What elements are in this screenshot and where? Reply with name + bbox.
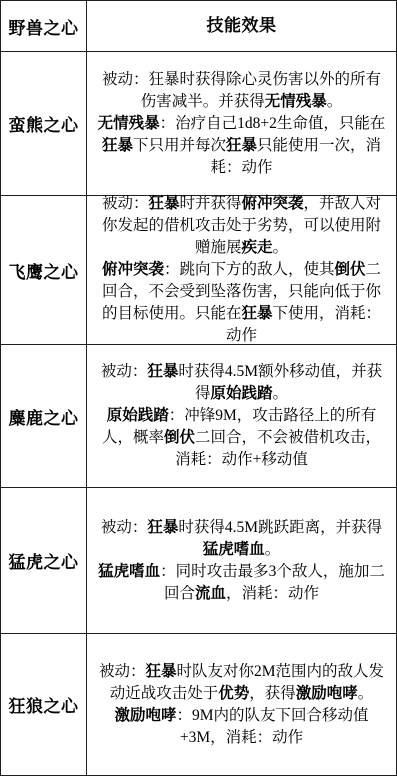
beast-heart-name: 狂狼之心 — [1, 634, 87, 775]
beast-heart-skill-table: 野兽之心 技能效果 蛮熊之心被动：狂暴时获得除心灵伤害以外的所有伤害减半。并获得… — [0, 0, 397, 776]
table-row: 麋鹿之心被动：狂暴时获得4.5M额外移动值，并获得原始践踏。原始践踏：冲锋9M，… — [1, 345, 396, 488]
table-header-row: 野兽之心 技能效果 — [1, 1, 396, 52]
header-beast-heart: 野兽之心 — [1, 1, 87, 51]
beast-heart-name: 飞鹰之心 — [1, 196, 87, 344]
skill-effect-text: 被动：狂暴时获得4.5M跳跃距离，并获得猛虎嗜血。猛虎嗜血：同时攻击最多3个敌人… — [87, 488, 396, 633]
table-row: 猛虎之心被动：狂暴时获得4.5M跳跃距离，并获得猛虎嗜血。猛虎嗜血：同时攻击最多… — [1, 488, 396, 634]
skill-effect-text: 被动：狂暴时获得除心灵伤害以外的所有伤害减半。并获得无情残暴。无情残暴：治疗自己… — [87, 52, 396, 195]
header-skill-effect: 技能效果 — [87, 1, 396, 51]
skill-effect-paragraph: 被动：狂暴时获得4.5M额外移动值，并获得原始践踏。 — [95, 361, 388, 405]
table-row: 飞鹰之心被动：狂暴时并获得俯冲突袭，并敌人对你发起的借机攻击处于劣势，可以使用附… — [1, 196, 396, 345]
skill-effect-text: 被动：狂暴时队友对你2M范围内的敌人发动近战攻击处于优势，获得激励咆哮。激励咆哮… — [87, 634, 396, 775]
table-row: 蛮熊之心被动：狂暴时获得除心灵伤害以外的所有伤害减半。并获得无情残暴。无情残暴：… — [1, 52, 396, 196]
skill-effect-paragraph: 被动：狂暴时获得除心灵伤害以外的所有伤害减半。并获得无情残暴。 — [95, 69, 388, 113]
skill-effect-paragraph: 被动：狂暴时并获得俯冲突袭，并敌人对你发起的借机攻击处于劣势，可以使用附赠施展疾… — [95, 193, 388, 259]
beast-heart-name: 猛虎之心 — [1, 488, 87, 633]
table-row: 狂狼之心被动：狂暴时队友对你2M范围内的敌人发动近战攻击处于优势，获得激励咆哮。… — [1, 634, 396, 775]
skill-effect-paragraph: 俯冲突袭：跳向下方的敌人，使其倒伏二回合，不会受到坠落伤害，只能向低于你的目标使… — [95, 259, 388, 347]
skill-effect-text: 被动：狂暴时并获得俯冲突袭，并敌人对你发起的借机攻击处于劣势，可以使用附赠施展疾… — [87, 196, 396, 344]
skill-effect-paragraph: 原始践踏：冲锋9M，攻击路径上的所有人，概率倒伏二回合，不会被借机攻击，消耗：动… — [95, 405, 388, 471]
skill-effect-paragraph: 猛虎嗜血：同时攻击最多3个敌人，施加二回合流血，消耗：动作 — [95, 561, 388, 605]
beast-heart-name: 麋鹿之心 — [1, 345, 87, 487]
skill-effect-paragraph: 被动：狂暴时队友对你2M范围内的敌人发动近战攻击处于优势，获得激励咆哮。 — [95, 661, 388, 705]
skill-effect-paragraph: 激励咆哮：9M内的队友下回合移动值+3M，消耗：动作 — [95, 705, 388, 749]
beast-heart-name: 蛮熊之心 — [1, 52, 87, 195]
skill-effect-paragraph: 被动：狂暴时获得4.5M跳跃距离，并获得猛虎嗜血。 — [95, 517, 388, 561]
skill-effect-text: 被动：狂暴时获得4.5M额外移动值，并获得原始践踏。原始践踏：冲锋9M，攻击路径… — [87, 345, 396, 487]
skill-effect-paragraph: 无情残暴：治疗自己1d8+2生命值，只能在狂暴下只用并每次狂暴只能使用一次，消耗… — [95, 113, 388, 179]
